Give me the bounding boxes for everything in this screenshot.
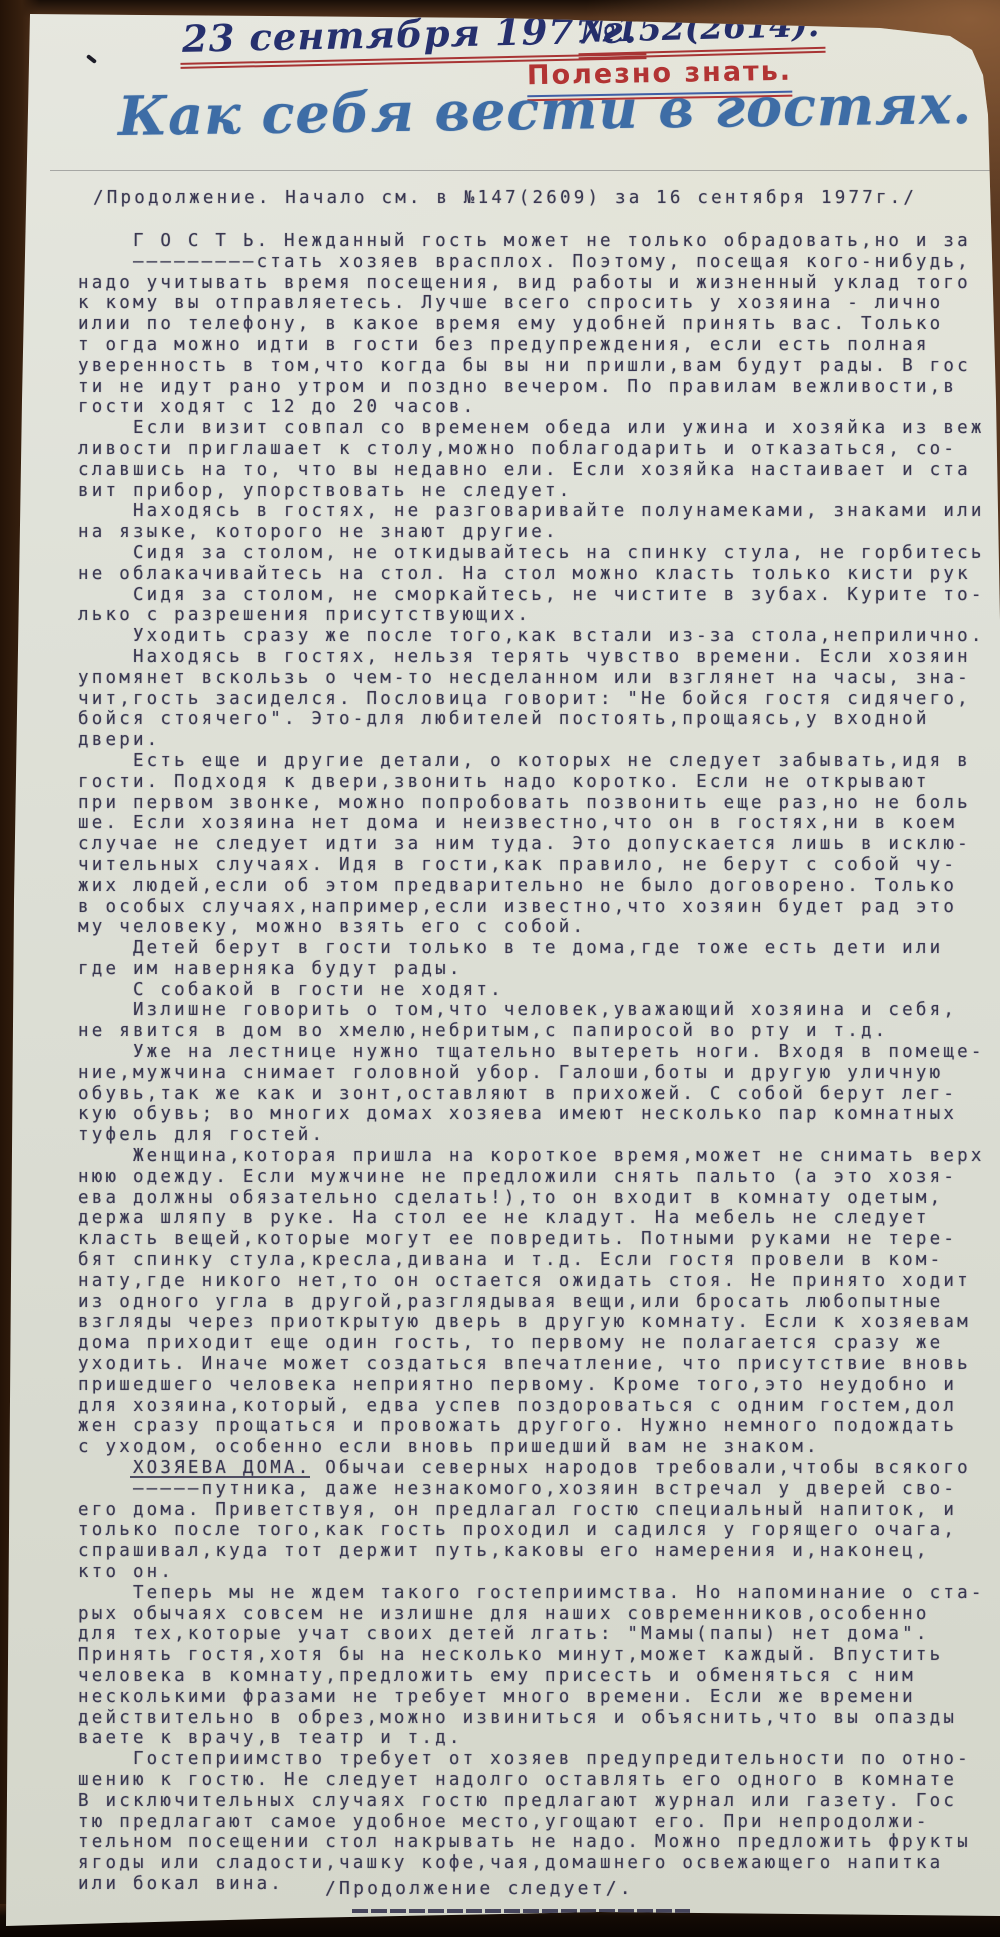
to-be-continued-note: /Продолжение следует/. xyxy=(325,1879,634,1900)
article-body: Г О С Т Ь. Нежданный гость может не толь… xyxy=(78,231,985,1895)
wood-table-background: 23 сентября 1977г. №152(2614). Полезно з… xyxy=(0,0,1000,1937)
stray-ink-mark xyxy=(86,54,97,64)
continuation-note: /Продолжение. Начало см. в №147(2609) за… xyxy=(93,188,917,209)
issue-number: №152(2614). xyxy=(577,5,825,59)
page-title: Как себя вести в гостях. xyxy=(118,72,973,148)
ruled-pencil-line xyxy=(50,170,992,171)
hosts-heading-underline xyxy=(130,1476,310,1478)
document-page: 23 сентября 1977г. №152(2614). Полезно з… xyxy=(0,0,1000,1937)
